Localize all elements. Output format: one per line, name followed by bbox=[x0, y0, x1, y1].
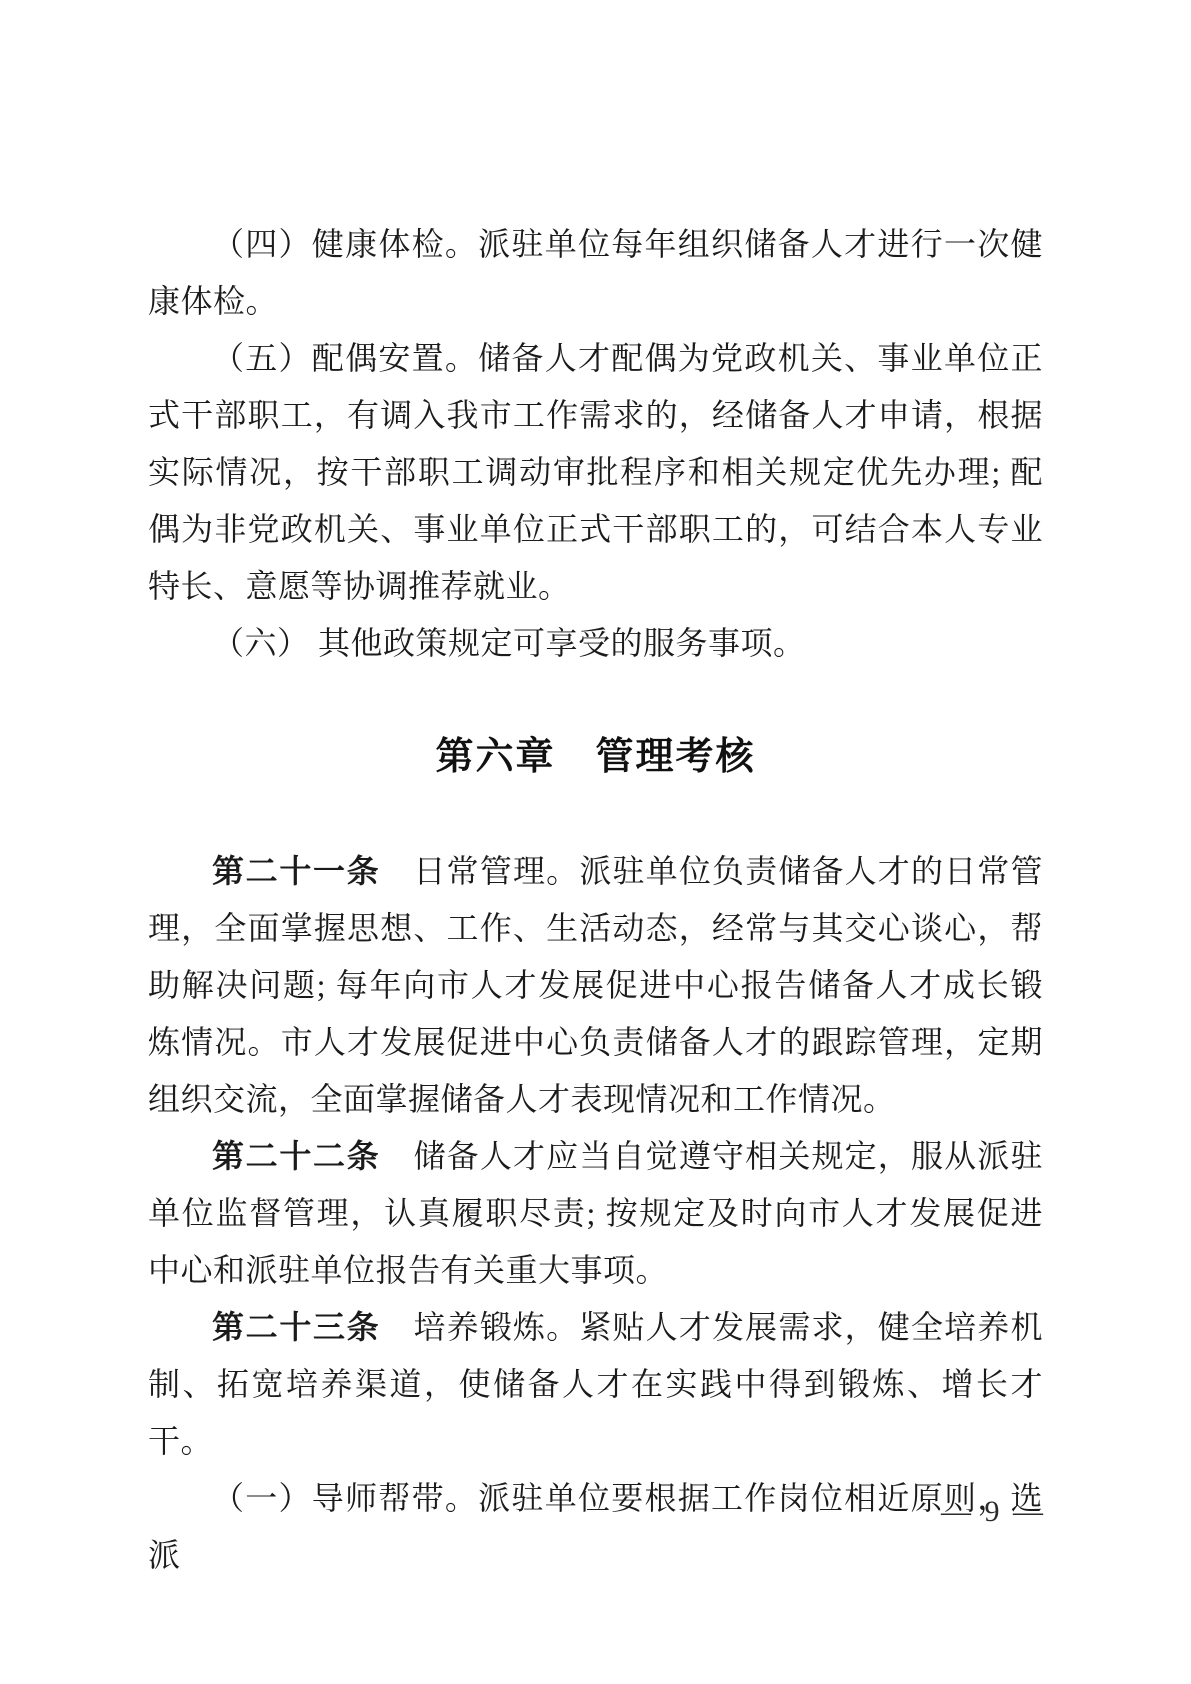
page-footer: — 9 — bbox=[941, 1492, 1043, 1532]
paragraph-health-check: （四）健康体检。派驻单位每年组织储备人才进行一次健康体检。 bbox=[148, 216, 1043, 330]
paragraph-article-23: 第二十三条 培养锻炼。紧贴人才发展需求，健全培养机制、拓宽培养渠道，使储备人才在… bbox=[148, 1299, 1043, 1470]
document-body: （四）健康体检。派驻单位每年组织储备人才进行一次健康体检。 （五）配偶安置。储备… bbox=[148, 216, 1043, 1584]
paragraph-spouse-placement: （五）配偶安置。储备人才配偶为党政机关、事业单位正式干部职工，有调入我市工作需求… bbox=[148, 330, 1043, 615]
article-21-text: 日常管理。派驻单位负责储备人才的日常管理，全面掌握思想、工作、生活动态，经常与其… bbox=[148, 853, 1043, 1117]
article-22-lead: 第二十二条 bbox=[212, 1138, 380, 1174]
paragraph-other-services: （六） 其他政策规定可享受的服务事项。 bbox=[148, 615, 1043, 672]
document-page: （四）健康体检。派驻单位每年组织储备人才进行一次健康体检。 （五）配偶安置。储备… bbox=[0, 0, 1191, 1684]
article-23-lead: 第二十三条 bbox=[212, 1309, 380, 1345]
paragraph-article-21: 第二十一条 日常管理。派驻单位负责储备人才的日常管理，全面掌握思想、工作、生活动… bbox=[148, 843, 1043, 1128]
paragraph-mentor-pairing: （一）导师帮带。派驻单位要根据工作岗位相近原则，选派 bbox=[148, 1470, 1043, 1584]
chapter-heading: 第六章 管理考核 bbox=[148, 729, 1043, 786]
page-number: — 9 — bbox=[941, 1495, 1043, 1528]
paragraph-article-22: 第二十二条 储备人才应当自觉遵守相关规定，服从派驻单位监督管理，认真履职尽责; … bbox=[148, 1128, 1043, 1299]
article-21-lead: 第二十一条 bbox=[212, 853, 380, 889]
